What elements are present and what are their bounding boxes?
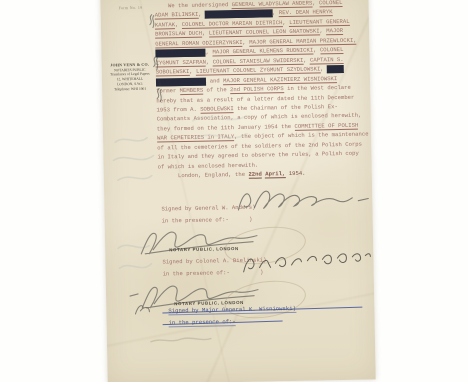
typed-text: London, England, the (158, 171, 249, 180)
typed-text: of the (203, 86, 230, 94)
margin-mark-icon (145, 14, 158, 31)
pencil-note (149, 335, 213, 346)
form-number-label: Form No. 19 (119, 5, 143, 10)
showthrough-smudge (111, 132, 156, 197)
typed-declaration: We the undersigned GENERAL WLADYSLAW AND… (154, 0, 371, 181)
typed-text: , (202, 30, 209, 37)
typed-text: 2nd POLISH CORPS (230, 85, 284, 94)
typed-text: , (312, 0, 319, 7)
typed-text: April, (265, 170, 285, 178)
redaction-bar: XXXXXXXXXXXXXXX (155, 49, 206, 58)
typed-text: REV. DEAN HENRYK (279, 9, 333, 18)
typed-text: 22nd (248, 171, 262, 179)
margin-initials (132, 302, 152, 317)
document-photo: Form No. 19 JOHN VENN & CO. NOTARIES PUB… (0, 0, 468, 382)
typed-text: COLONEL (319, 0, 343, 7)
typed-text: ADAM BILINSKI (155, 11, 199, 20)
anders-signature (234, 183, 371, 218)
document-page: Form No. 19 JOHN VENN & CO. NOTARIES PUB… (100, 0, 375, 382)
typed-text: We the undersigned (154, 1, 231, 9)
typed-text: CAPTAIN S. (310, 56, 344, 65)
margin-mark-icon (148, 55, 161, 72)
notary-letterhead-stamp: JOHN VENN & CO. NOTARIES PUBLIC Translat… (107, 63, 154, 92)
typed-text: COLONEL (320, 46, 344, 54)
typed-text: , (175, 21, 182, 28)
showthrough-smudge (188, 106, 251, 151)
typed-text: of which is enclosed herewith. (158, 161, 259, 170)
letterhead-line: Telephone: WHI 1901 (107, 86, 153, 92)
margin-mark-icon (152, 87, 165, 104)
typed-text: , (313, 47, 320, 54)
typed-text: BRONISLAW DUCH (155, 30, 202, 39)
redaction-bar: XXXXX (327, 65, 344, 73)
typed-text: in the West declare (284, 84, 351, 92)
typed-text: MAJOR (326, 27, 343, 35)
typed-text: and (206, 77, 223, 84)
typed-text: MEMBERS (180, 87, 204, 95)
typed-text: 1954. (285, 170, 305, 177)
